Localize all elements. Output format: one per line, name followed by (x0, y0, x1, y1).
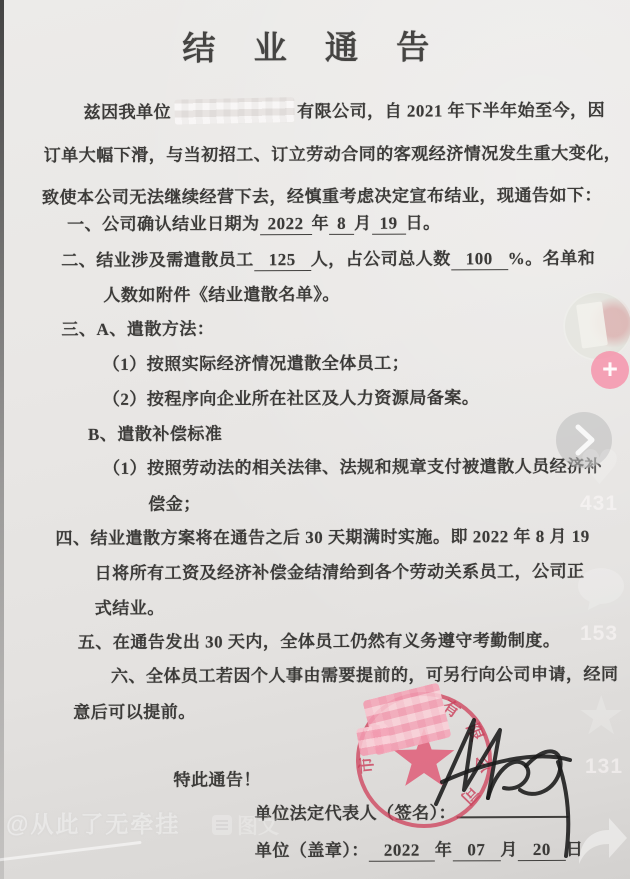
share-arrow-icon[interactable] (571, 812, 629, 872)
item2-text3: %。名单和 (508, 249, 596, 268)
item-3-head: 三、A、遣散方法： (61, 314, 214, 340)
seal-censor-mosaic-small (356, 723, 392, 756)
item1-end: 日。 (406, 213, 441, 232)
creator-watermark-handle: @从此了无牵挂 (6, 806, 180, 839)
document-title: 结 业 通 告 (0, 21, 628, 71)
image-text-icon (212, 815, 232, 835)
item-b-head: B、遣散补偿标准 (88, 419, 222, 445)
item2-text1: 二、结业涉及需遣散员工 (61, 250, 254, 270)
comment-count[interactable]: 153 (580, 622, 618, 646)
paragraph-1-line-3: 致使本公司无法继续经营下去，经慎重考虑决定宣布结业，现通告如下： (42, 181, 602, 208)
item1-month: 8 (329, 214, 354, 235)
item2-headcount: 125 (254, 250, 311, 271)
seal-label: 单位（盖章）： (255, 841, 369, 860)
favorite-star-icon[interactable]: ★ (577, 684, 625, 747)
item1-sep2: 月 (354, 214, 372, 233)
like-heart-icon[interactable]: ♥ (578, 440, 621, 496)
paragraph-1-line-1: 兹因我单位有限公司，自 2021 年下半年始至今，因 (84, 96, 606, 124)
post-type-label: 图文 (237, 810, 279, 840)
item-6-line-2: 意后可以提前。 (73, 698, 196, 724)
item-b-point-1-line-1: （1）按照劳动法的相关法律、法规和规章支付被遣散人员经济补 (103, 452, 602, 479)
item-2-line-1: 二、结业涉及需遣散员工125人，占公司总人数100%。名单和 (61, 244, 595, 272)
favorite-count[interactable]: 131 (585, 755, 623, 779)
paragraph-1-line-2: 订单大幅下滑，与当初招工、订立劳动合同的客观经济情况发生重大变化， (44, 139, 622, 167)
follow-plus-button[interactable]: + (591, 351, 629, 389)
item1-year: 2022 (260, 214, 312, 235)
item-5: 五、在通告发出 30 天内，全体员工仍然有义务遵守考勤制度。 (78, 626, 561, 653)
censored-company-name-mosaic (174, 97, 295, 125)
item-4-line-2: 日将所有工资及经济补偿金结清给到各个劳动关系员工，公司正 (95, 557, 585, 584)
item1-text: 一、公司确认结业日期为 (67, 214, 260, 234)
item-b-point-1-line-2: 偿金； (148, 489, 201, 514)
item-3-point-2: （2）按程序向企业所在社区及人力资源局备案。 (103, 383, 480, 410)
like-count[interactable]: 431 (580, 492, 618, 516)
item-4-line-1: 四、结业遣散方案将在通告之后 30 天期满时实施。即 2022 年 8 月 19 (55, 522, 589, 549)
svg-text:市: 市 (355, 756, 376, 775)
item-6-line-1: 六、全体员工若因个人事由需要提前的，可另行向公司申请，经同 (111, 660, 619, 687)
item-2-line-2: 人数如附件《结业遣散名单》。 (103, 280, 340, 306)
post-type-badge: 图文 (212, 810, 279, 840)
author-avatar[interactable] (563, 291, 630, 361)
p1-pre: 兹因我单位 (84, 103, 172, 122)
closing-statement: 特此通告！ (173, 765, 261, 790)
douyin-image-post-screen: { "app": { "watermark_handle": "@从此了无牵挂"… (0, 0, 630, 879)
avatar-image (576, 301, 608, 348)
item1-sep1: 年 (312, 214, 330, 233)
item2-text2: 人，占公司总人数 (311, 249, 451, 269)
seal-rim-text-left: 市 (355, 756, 376, 775)
comment-bubble-icon[interactable] (576, 566, 626, 612)
item-1: 一、公司确认结业日期为2022年8月19日。 (67, 208, 441, 236)
item-3-point-1: （1）按照实际经济情况遣散全体员工； (103, 349, 410, 375)
item2-percent: 100 (451, 249, 508, 270)
handwritten-signature (408, 686, 588, 866)
item-4-line-3: 式结业。 (95, 594, 165, 619)
item1-day: 19 (372, 214, 406, 235)
p1-post: 有限公司，自 2021 年下半年始至今，因 (297, 101, 605, 121)
